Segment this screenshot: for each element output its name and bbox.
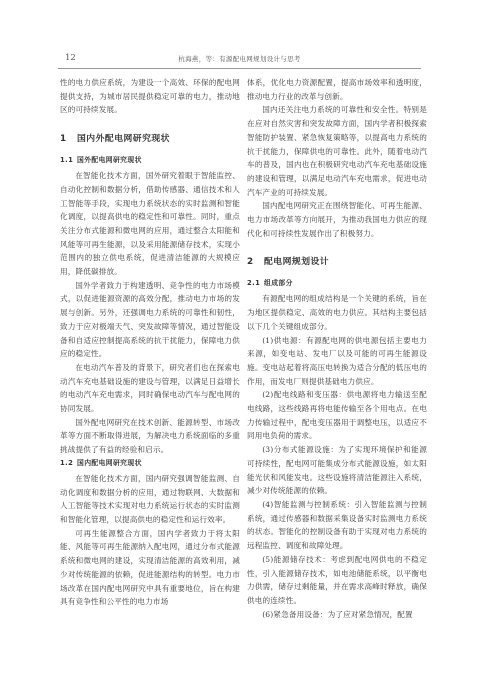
section-title: 配电网规划设计 <box>264 257 329 267</box>
paragraph: 国外配电网研究在技术创新、能源转型、市场改革等方面不断取得进展，为解决电力系统面… <box>60 416 240 457</box>
subsection-heading-1-1: 1.1国外配电网研究现状 <box>60 154 240 166</box>
paragraph: 在智能化技术方面，国外研究着眼于智能监控、自动化控制和数据分析，借助传感器、通信… <box>60 169 240 279</box>
section-heading-1: 1国内外配电网研究现状 <box>60 131 240 144</box>
list-item-paragraph: (6)紧急备用设备：为了应对紧急情况，配置 <box>247 608 427 622</box>
subsection-heading-1-2: 1.2国内配电网研究现状 <box>60 457 240 469</box>
section-heading-2: 2配电网规划设计 <box>247 254 427 267</box>
running-title: 杭海燕，等：有源配电网规划设计与思考 <box>58 54 421 63</box>
list-item-paragraph: (3)分布式能源设施：为了实现环境保护和能源可持续性，配电网可能集成分布式能源设… <box>247 443 427 498</box>
subsection-number: 1.1 <box>60 154 77 166</box>
paragraph: 国内还关注电力系统的可靠性和安全性。特别是在应对自然灾害和突发故障方面，国内学者… <box>247 103 427 199</box>
list-item-paragraph: (1)供电源：有源配电网的供电源包括主要电力来源，如变电站、发电厂以及可能的可再… <box>247 334 427 389</box>
subsection-number: 1.2 <box>60 457 77 469</box>
list-item-paragraph: (2)配电线路和变压器：供电源将电力输送至配电线路，这些线路再将电能传输至各个用… <box>247 388 427 443</box>
section-title: 国内外配电网研究现状 <box>77 134 170 144</box>
paragraph: 体系，优化电力资源配置，提高市场效率和透明度，推动电力行业的改革与创新。 <box>247 76 427 103</box>
section-number: 1 <box>60 134 77 144</box>
paragraph: 可再生能源整合方面，国内学者致力于将太阳能、风能等可再生能源纳入配电网，通过分布… <box>60 527 240 609</box>
paragraph: 有源配电网的组成结构是一个关键的系统，旨在为地区提供稳定、高效的电力供应。其结构… <box>247 292 427 333</box>
subsection-title: 国内配电网研究现状 <box>77 459 142 467</box>
subsection-heading-2-1: 2.1组成部分 <box>247 277 427 289</box>
paragraph: 在智能化技术方面，国内研究强调智能监测、自动化调度和数据分析的应用，通过物联网、… <box>60 472 240 527</box>
right-column: 体系，优化电力资源配置，提高市场效率和透明度，推动电力行业的改革与创新。 国内还… <box>247 76 427 621</box>
left-column: 性的电力供应系统，为建设一个高效、环保的配电网提供支持，为城市居民提供稳定可靠的… <box>60 76 240 609</box>
paragraph: 性的电力供应系统，为建设一个高效、环保的配电网提供支持，为城市居民提供稳定可靠的… <box>60 76 240 117</box>
subsection-number: 2.1 <box>247 277 264 289</box>
paragraph: 在电动汽车普及的背景下，研究者们也在探索电动汽车充电基础设施的建设与管理，以满足… <box>60 361 240 416</box>
paragraph: 国内配电网研究正在围绕智能化、可再生能源、电力市场改革等方向展开，为推动我国电力… <box>247 199 427 240</box>
list-item-paragraph: (4)智能监测与控制系统：引入智能监测与控制系统，通过传感器和数据采集设备实时监… <box>247 498 427 553</box>
list-item-paragraph: (5)能源储存技术：考虑到配电网供电的不稳定性，引入能源储存技术，如电池储能系统… <box>247 553 427 608</box>
section-number: 2 <box>247 257 264 267</box>
subsection-title: 国外配电网研究现状 <box>77 156 142 164</box>
paragraph: 国外学者致力于构建透明、竞争性的电力市场模式，以促进能源资源的高效分配，推动电力… <box>60 279 240 361</box>
subsection-title: 组成部分 <box>264 279 293 287</box>
page-header: 12 杭海燕，等：有源配电网规划设计与思考 <box>58 46 421 69</box>
